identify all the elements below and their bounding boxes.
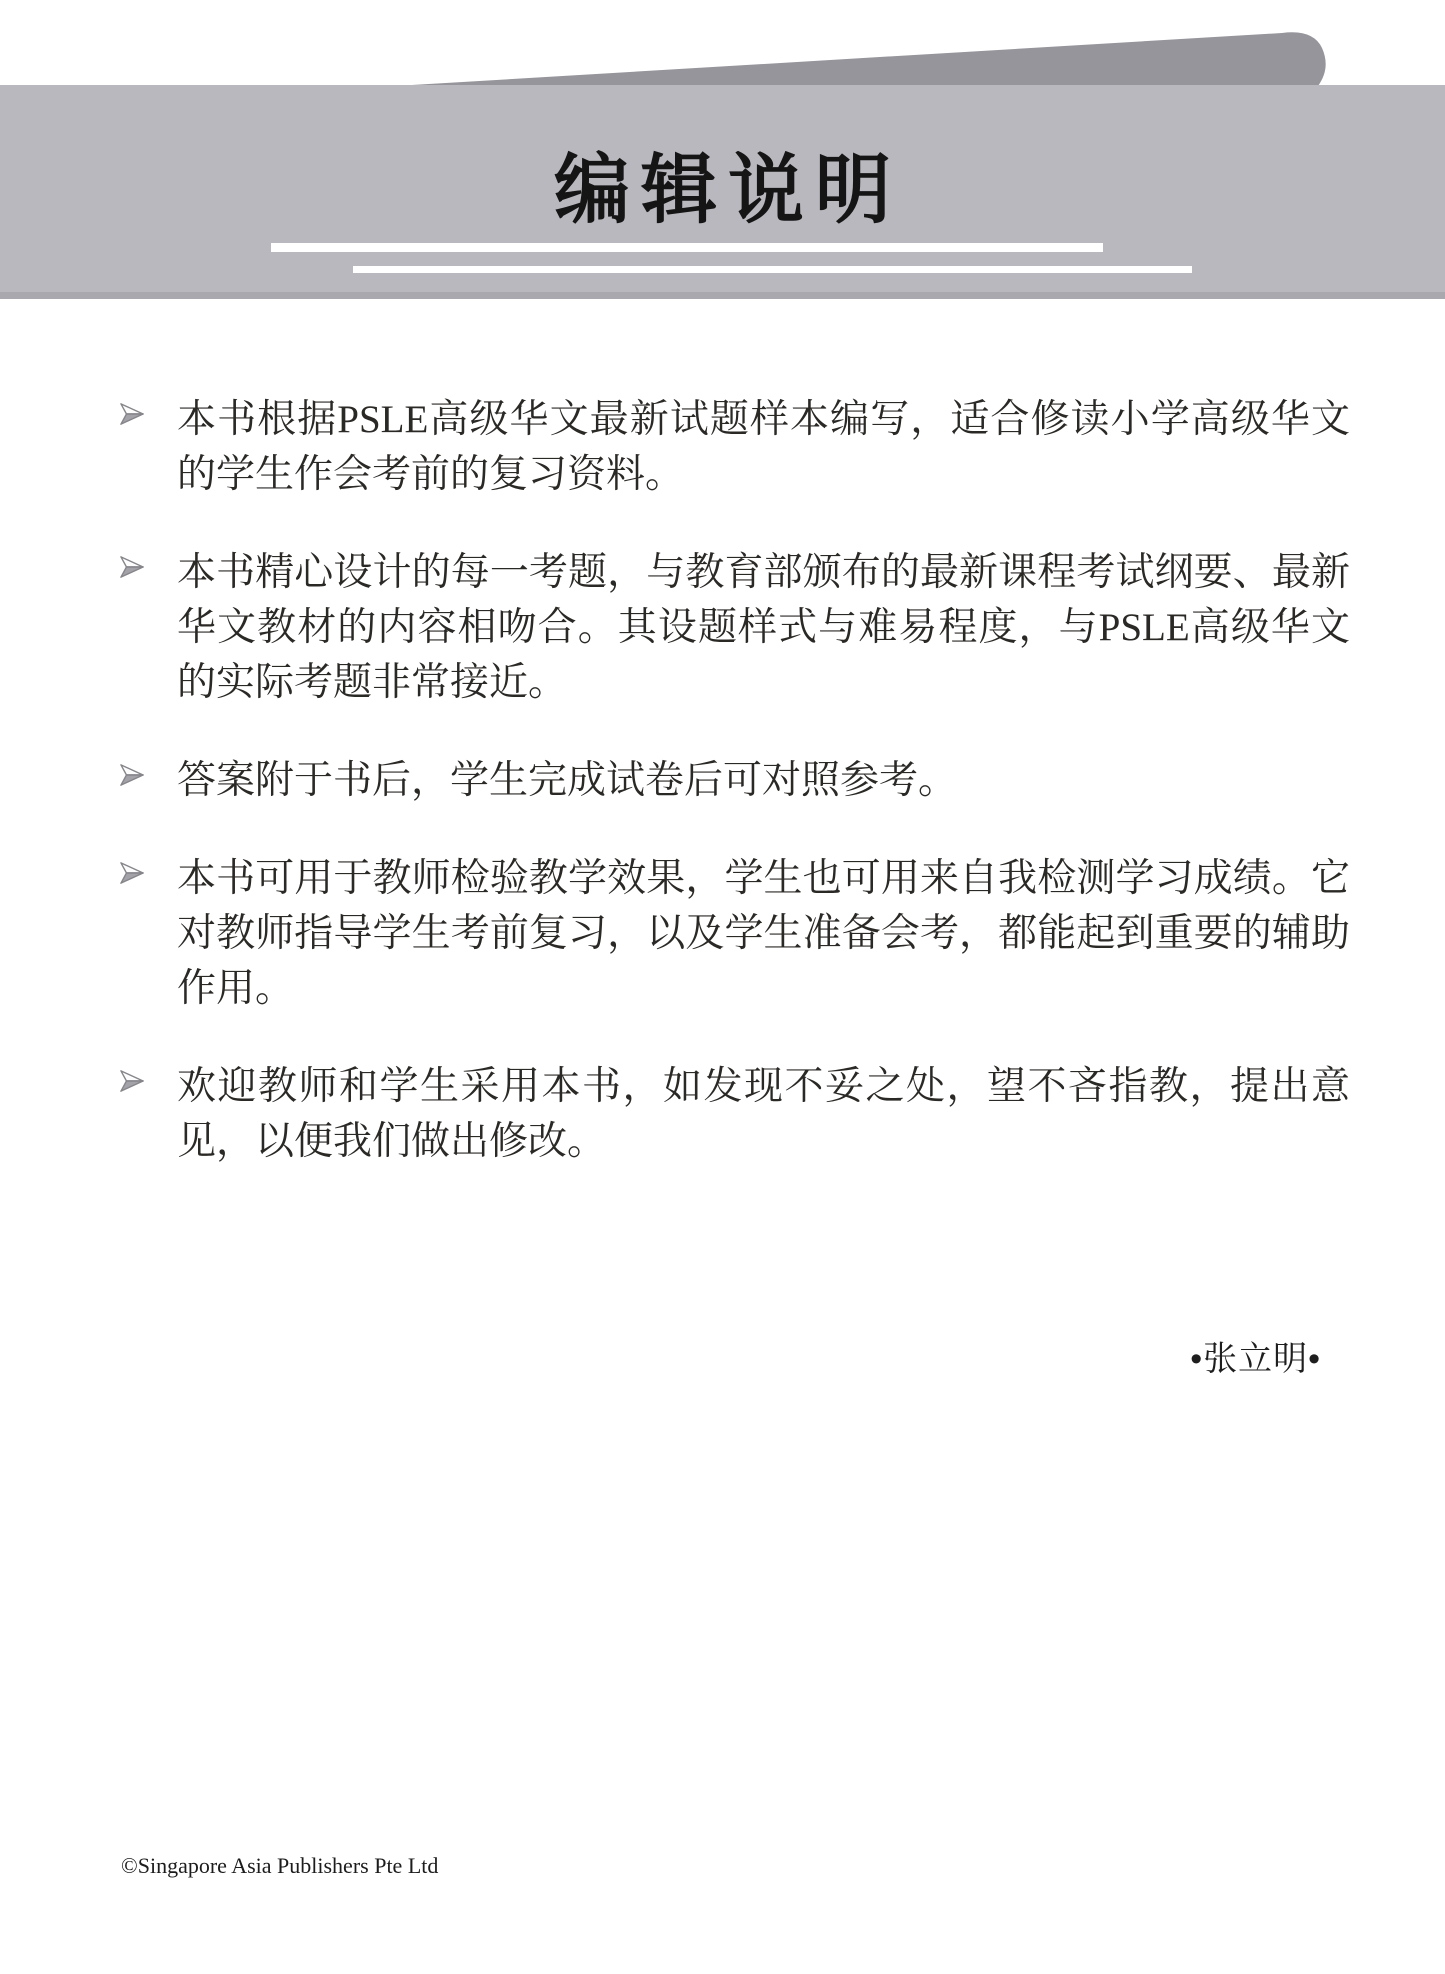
arrowhead-bullet-icon (118, 402, 146, 426)
bullet-text: 本书可用于教师检验教学效果，学生也可用来自我检测学习成绩。它对教师指导学生考前复… (177, 851, 1350, 1016)
title-underline-bottom (353, 266, 1192, 273)
bullet-text: 答案附于书后，学生完成试卷后可对照参考。 (177, 753, 1350, 808)
list-item: 答案附于书后，学生完成试卷后可对照参考。 (118, 753, 1350, 808)
bullet-text: 本书精心设计的每一考题，与教育部颁布的最新课程考试纲要、最新华文教材的内容相吻合… (177, 545, 1350, 710)
page-title: 编辑说明 (0, 153, 1445, 229)
title-band: 编辑说明 (0, 85, 1445, 299)
arrowhead-bullet-icon (118, 861, 146, 885)
list-item: 本书根据PSLE高级华文最新试题样本编写，适合修读小学高级华文的学生作会考前的复… (118, 392, 1350, 502)
arrowhead-bullet-icon (118, 555, 146, 579)
bullet-text: 本书根据PSLE高级华文最新试题样本编写，适合修读小学高级华文的学生作会考前的复… (177, 392, 1350, 502)
list-item: 本书可用于教师检验教学效果，学生也可用来自我检测学习成绩。它对教师指导学生考前复… (118, 851, 1350, 1016)
copyright-notice: ©Singapore Asia Publishers Pte Ltd (121, 1853, 438, 1879)
page-curl-decoration (0, 0, 1445, 92)
editorial-notes-list: 本书根据PSLE高级华文最新试题样本编写，适合修读小学高级华文的学生作会考前的复… (118, 392, 1350, 1212)
list-item: 欢迎教师和学生采用本书，如发现不妥之处，望不吝指教，提出意见，以便我们做出修改。 (118, 1059, 1350, 1169)
title-underline-top (271, 243, 1103, 252)
arrowhead-bullet-icon (118, 763, 146, 787)
bullet-text: 欢迎教师和学生采用本书，如发现不妥之处，望不吝指教，提出意见，以便我们做出修改。 (177, 1059, 1350, 1169)
arrowhead-bullet-icon (118, 1069, 146, 1093)
author-credit: •张立明• (1190, 1331, 1321, 1380)
list-item: 本书精心设计的每一考题，与教育部颁布的最新课程考试纲要、最新华文教材的内容相吻合… (118, 545, 1350, 710)
book-page: 编辑说明 本书根据PSLE高级华文最新试题样本编写，适合修读小学高级华文的学生作… (0, 0, 1445, 1974)
